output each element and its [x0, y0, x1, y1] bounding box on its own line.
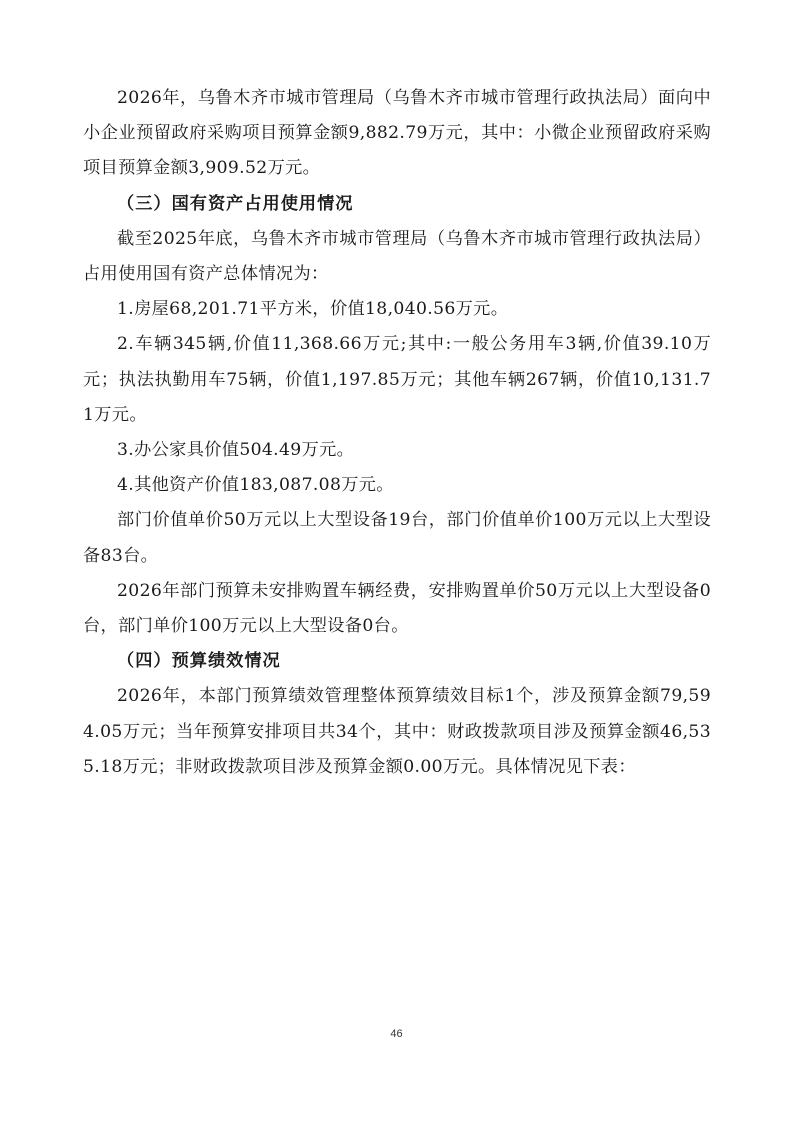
paragraph-assets-intro: 截至2025年底，乌鲁木齐市城市管理局（乌鲁木齐市城市管理行政执法局）占用使用国… [83, 222, 711, 292]
paragraph-large-equipment: 部门价值单价50万元以上大型设备19台，部门价值单价100万元以上大型设备83台… [83, 503, 711, 573]
paragraph-assets-buildings: 1.房屋68,201.71平方米，价值18,040.56万元。 [83, 292, 711, 327]
section-heading-performance: （四）预算绩效情况 [83, 644, 711, 679]
section-heading-state-assets: （三）国有资产占用使用情况 [83, 187, 711, 222]
paragraph-purchase-plan: 2026年部门预算未安排购置车辆经费，安排购置单价50万元以上大型设备0台，部门… [83, 574, 711, 644]
paragraph-assets-furniture: 3.办公家具价值504.49万元。 [83, 433, 711, 468]
paragraph-procurement-reserve: 2026年，乌鲁木齐市城市管理局（乌鲁木齐市城市管理行政执法局）面向中小企业预留… [83, 81, 711, 187]
page-number: 46 [0, 1028, 793, 1040]
paragraph-assets-other: 4.其他资产价值183,087.08万元。 [83, 468, 711, 503]
paragraph-performance-summary: 2026年，本部门预算绩效管理整体预算绩效目标1个，涉及预算金额79,594.0… [83, 679, 711, 785]
document-page: 2026年，乌鲁木齐市城市管理局（乌鲁木齐市城市管理行政执法局）面向中小企业预留… [83, 81, 711, 785]
paragraph-assets-vehicles: 2.车辆345辆,价值11,368.66万元;其中:一般公务用车3辆,价值39.… [83, 327, 711, 433]
